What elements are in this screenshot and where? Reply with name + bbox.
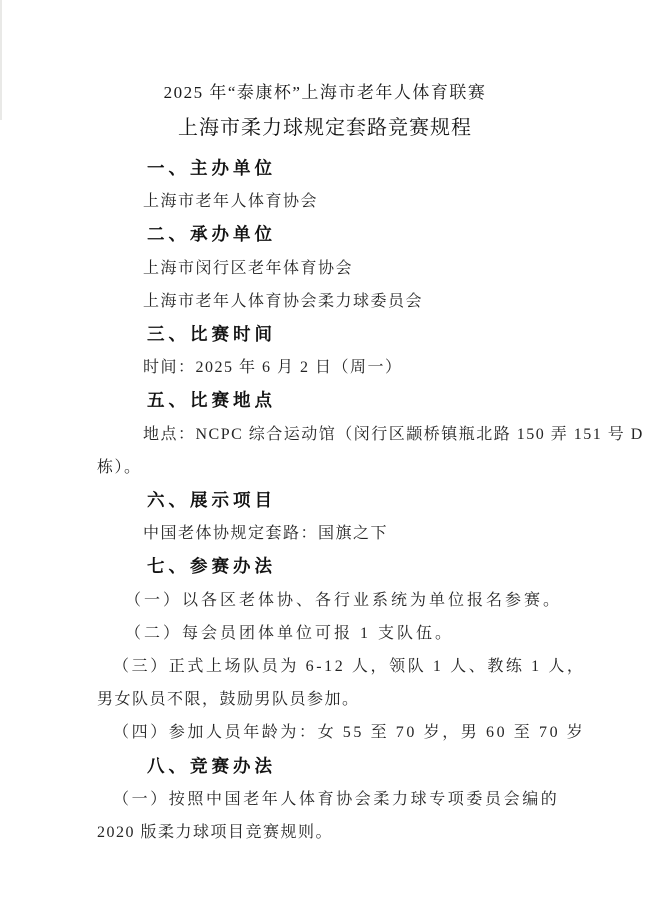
paragraph-line: （三）正式上场队员为 6-12 人，领队 1 人、教练 1 人，	[113, 650, 642, 683]
section-heading: 五、比赛地点	[147, 384, 642, 417]
section-heading: 三、比赛时间	[147, 318, 642, 351]
paragraph-line: 男女队员不限，鼓励男队员参加。	[97, 683, 642, 716]
section-heading: 八、竞赛办法	[147, 750, 642, 783]
paragraph-line: （二）每会员团体单位可报 1 支队伍。	[125, 617, 642, 650]
section-heading: 七、参赛办法	[147, 550, 642, 583]
section-heading: 一、主办单位	[147, 152, 642, 185]
paragraph-line: 时间：2025 年 6 月 2 日（周一）	[143, 351, 642, 384]
paragraph-line: 上海市闵行区老年体育协会	[143, 252, 642, 285]
document-subtitle: 上海市柔力球规定套路竞赛规程	[0, 110, 650, 147]
paragraph-line: 上海市老年人体育协会	[143, 185, 642, 218]
paragraph-line: 上海市老年人体育协会柔力球委员会	[143, 285, 642, 318]
paragraph-line: 地点：NCPC 综合运动馆（闵行区颛桥镇瓶北路 150 弄 151 号 D	[143, 418, 642, 451]
document-page: 2025 年“泰康杯”上海市老年人体育联赛 上海市柔力球规定套路竞赛规程 一、主…	[0, 0, 650, 919]
document-title: 2025 年“泰康杯”上海市老年人体育联赛	[0, 76, 650, 110]
paragraph-line: 2020 版柔力球项目竞赛规则。	[97, 816, 642, 849]
paragraph-line: 栋）。	[97, 451, 642, 484]
scan-edge-artifact	[0, 0, 2, 120]
paragraph-line: （一）按照中国老年人体育协会柔力球专项委员会编的	[113, 783, 642, 816]
section-heading: 二、承办单位	[147, 218, 642, 251]
paragraph-line: 中国老体协规定套路：国旗之下	[143, 517, 642, 550]
document-body: 一、主办单位上海市老年人体育协会二、承办单位上海市闵行区老年体育协会上海市老年人…	[97, 152, 642, 849]
section-heading: 六、展示项目	[147, 484, 642, 517]
paragraph-line: （一）以各区老体协、各行业系统为单位报名参赛。	[125, 584, 642, 617]
paragraph-line: （四）参加人员年龄为：女 55 至 70 岁，男 60 至 70 岁	[113, 716, 642, 749]
